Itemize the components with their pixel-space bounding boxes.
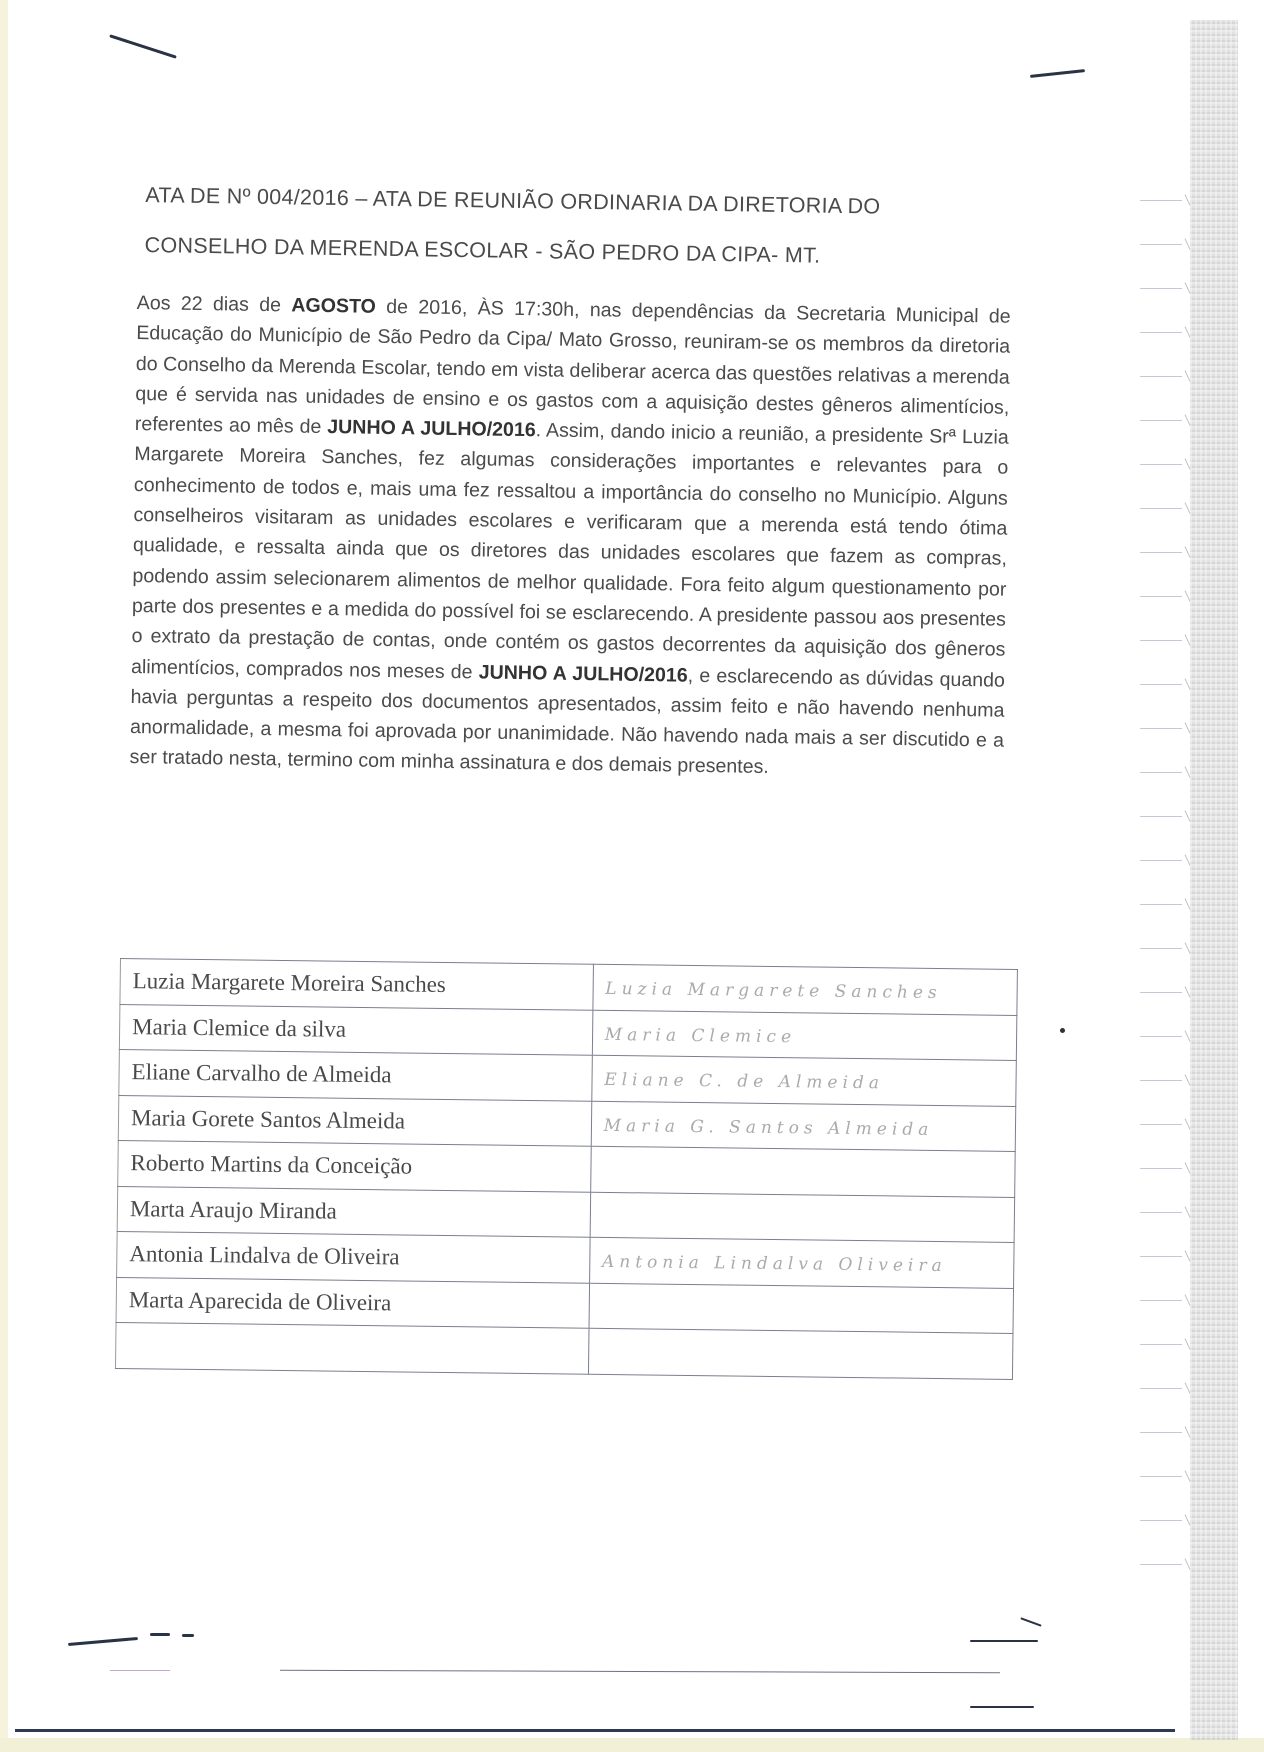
signature-field[interactable]: Maria G. Santos Almeida	[591, 1101, 1016, 1152]
member-name: Maria Gorete Santos Almeida	[118, 1095, 591, 1146]
member-name	[115, 1322, 588, 1373]
scan-artifact	[970, 1640, 1038, 1642]
member-name: Antonia Lindalva de Oliveira	[117, 1231, 590, 1282]
member-name: Marta Aparecida de Oliveira	[116, 1277, 589, 1328]
body-text-run: . Assim, dando inicio a reunião, a presi…	[131, 419, 1009, 683]
emphasized-text: JUNHO A JULHO/2016	[479, 661, 688, 686]
margin-tick	[1140, 816, 1182, 817]
margin-tick	[1140, 288, 1182, 289]
margin-tick	[1140, 684, 1182, 685]
body-text-run: Aos 22 dias de	[137, 292, 292, 316]
margin-tick	[1140, 1080, 1182, 1081]
ink-dot	[1060, 1028, 1065, 1033]
margin-tick	[1140, 1212, 1182, 1213]
margin-tick	[1140, 508, 1182, 509]
margin-tick	[1140, 1520, 1182, 1521]
signature-field[interactable]	[590, 1192, 1015, 1243]
margin-tick	[1140, 332, 1182, 333]
document-title: ATA DE Nº 004/2016 – ATA DE REUNIÃO ORDI…	[144, 158, 1026, 297]
signature-field[interactable]: Eliane C. de Almeida	[591, 1055, 1016, 1106]
signature-row	[115, 1322, 1012, 1378]
margin-tick	[1140, 1300, 1182, 1301]
margin-tick	[1140, 376, 1182, 377]
scanned-page: ATA DE Nº 004/2016 – ATA DE REUNIÃO ORDI…	[0, 0, 1264, 1752]
handwritten-signature: Luzia Margarete Sanches	[605, 979, 1005, 1004]
page-bottom-rule	[15, 1729, 1175, 1732]
margin-tick	[1140, 200, 1182, 201]
margin-tick	[1140, 1432, 1182, 1433]
scan-artifact	[182, 1634, 194, 1637]
margin-tick	[1140, 1344, 1182, 1345]
signature-table: Luzia Margarete Moreira SanchesLuzia Mar…	[115, 958, 1018, 1379]
signature-field[interactable]: Maria Clemice	[592, 1010, 1017, 1061]
scan-artifact	[68, 1637, 138, 1646]
handwritten-signature: Eliane C. de Almeida	[604, 1070, 1004, 1095]
margin-tick	[1140, 1476, 1182, 1477]
scan-artifact	[280, 1670, 1000, 1674]
margin-tick	[1140, 860, 1182, 861]
margin-tick	[1140, 1256, 1182, 1257]
handwritten-signature: Maria G. Santos Almeida	[604, 1116, 1004, 1141]
member-name: Marta Araujo Miranda	[117, 1186, 590, 1237]
member-name: Luzia Margarete Moreira Sanches	[120, 959, 593, 1010]
signature-field[interactable]	[589, 1283, 1014, 1334]
title-line-2: CONSELHO DA MERENDA ESCOLAR - SÃO PEDRO …	[144, 233, 1024, 272]
margin-tick	[1140, 772, 1182, 773]
margin-tick	[1140, 552, 1182, 553]
page-edge-bottom	[0, 1738, 1264, 1752]
margin-tick	[1140, 1564, 1182, 1565]
signature-field[interactable]	[588, 1328, 1013, 1379]
scan-margin-strip	[1190, 20, 1238, 1740]
scan-artifact	[970, 1706, 1034, 1708]
handwritten-signature: Maria Clemice	[605, 1025, 1005, 1050]
title-line-1: ATA DE Nº 004/2016 – ATA DE REUNIÃO ORDI…	[145, 183, 1025, 222]
minutes-body: Aos 22 dias de AGOSTO de 2016, ÀS 17:30h…	[129, 288, 1011, 786]
margin-tick	[1140, 1036, 1182, 1037]
page-edge-left	[0, 0, 8, 1752]
margin-tick	[1140, 728, 1182, 729]
scan-artifact	[150, 1633, 170, 1636]
member-name: Maria Clemice da silva	[119, 1004, 592, 1055]
margin-tick-marks	[1140, 200, 1190, 1600]
signature-field[interactable]	[590, 1146, 1015, 1197]
margin-tick	[1140, 596, 1182, 597]
margin-tick	[1140, 1124, 1182, 1125]
margin-tick	[1140, 640, 1182, 641]
margin-tick	[1140, 1168, 1182, 1169]
staple-mark	[1030, 69, 1085, 78]
emphasized-text: JUNHO A JULHO/2016	[327, 416, 536, 441]
emphasized-text: AGOSTO	[291, 294, 376, 317]
margin-tick	[1140, 420, 1182, 421]
margin-tick	[1140, 244, 1182, 245]
margin-tick	[1140, 904, 1182, 905]
handwritten-signature: Antonia Lindalva Oliveira	[602, 1252, 1002, 1277]
member-name: Roberto Martins da Conceição	[118, 1140, 591, 1191]
margin-tick	[1140, 992, 1182, 993]
signature-field[interactable]: Antonia Lindalva Oliveira	[589, 1237, 1014, 1288]
body-text-run: de 2016, ÀS 17:30h, nas dependências da …	[135, 296, 1011, 438]
signature-field[interactable]: Luzia Margarete Sanches	[593, 964, 1018, 1015]
member-name: Eliane Carvalho de Almeida	[119, 1049, 592, 1100]
margin-tick	[1140, 464, 1182, 465]
margin-tick	[1140, 1388, 1182, 1389]
scan-artifact	[1020, 1617, 1041, 1626]
scan-artifact	[110, 1670, 170, 1671]
margin-tick	[1140, 948, 1182, 949]
staple-mark	[109, 34, 177, 58]
